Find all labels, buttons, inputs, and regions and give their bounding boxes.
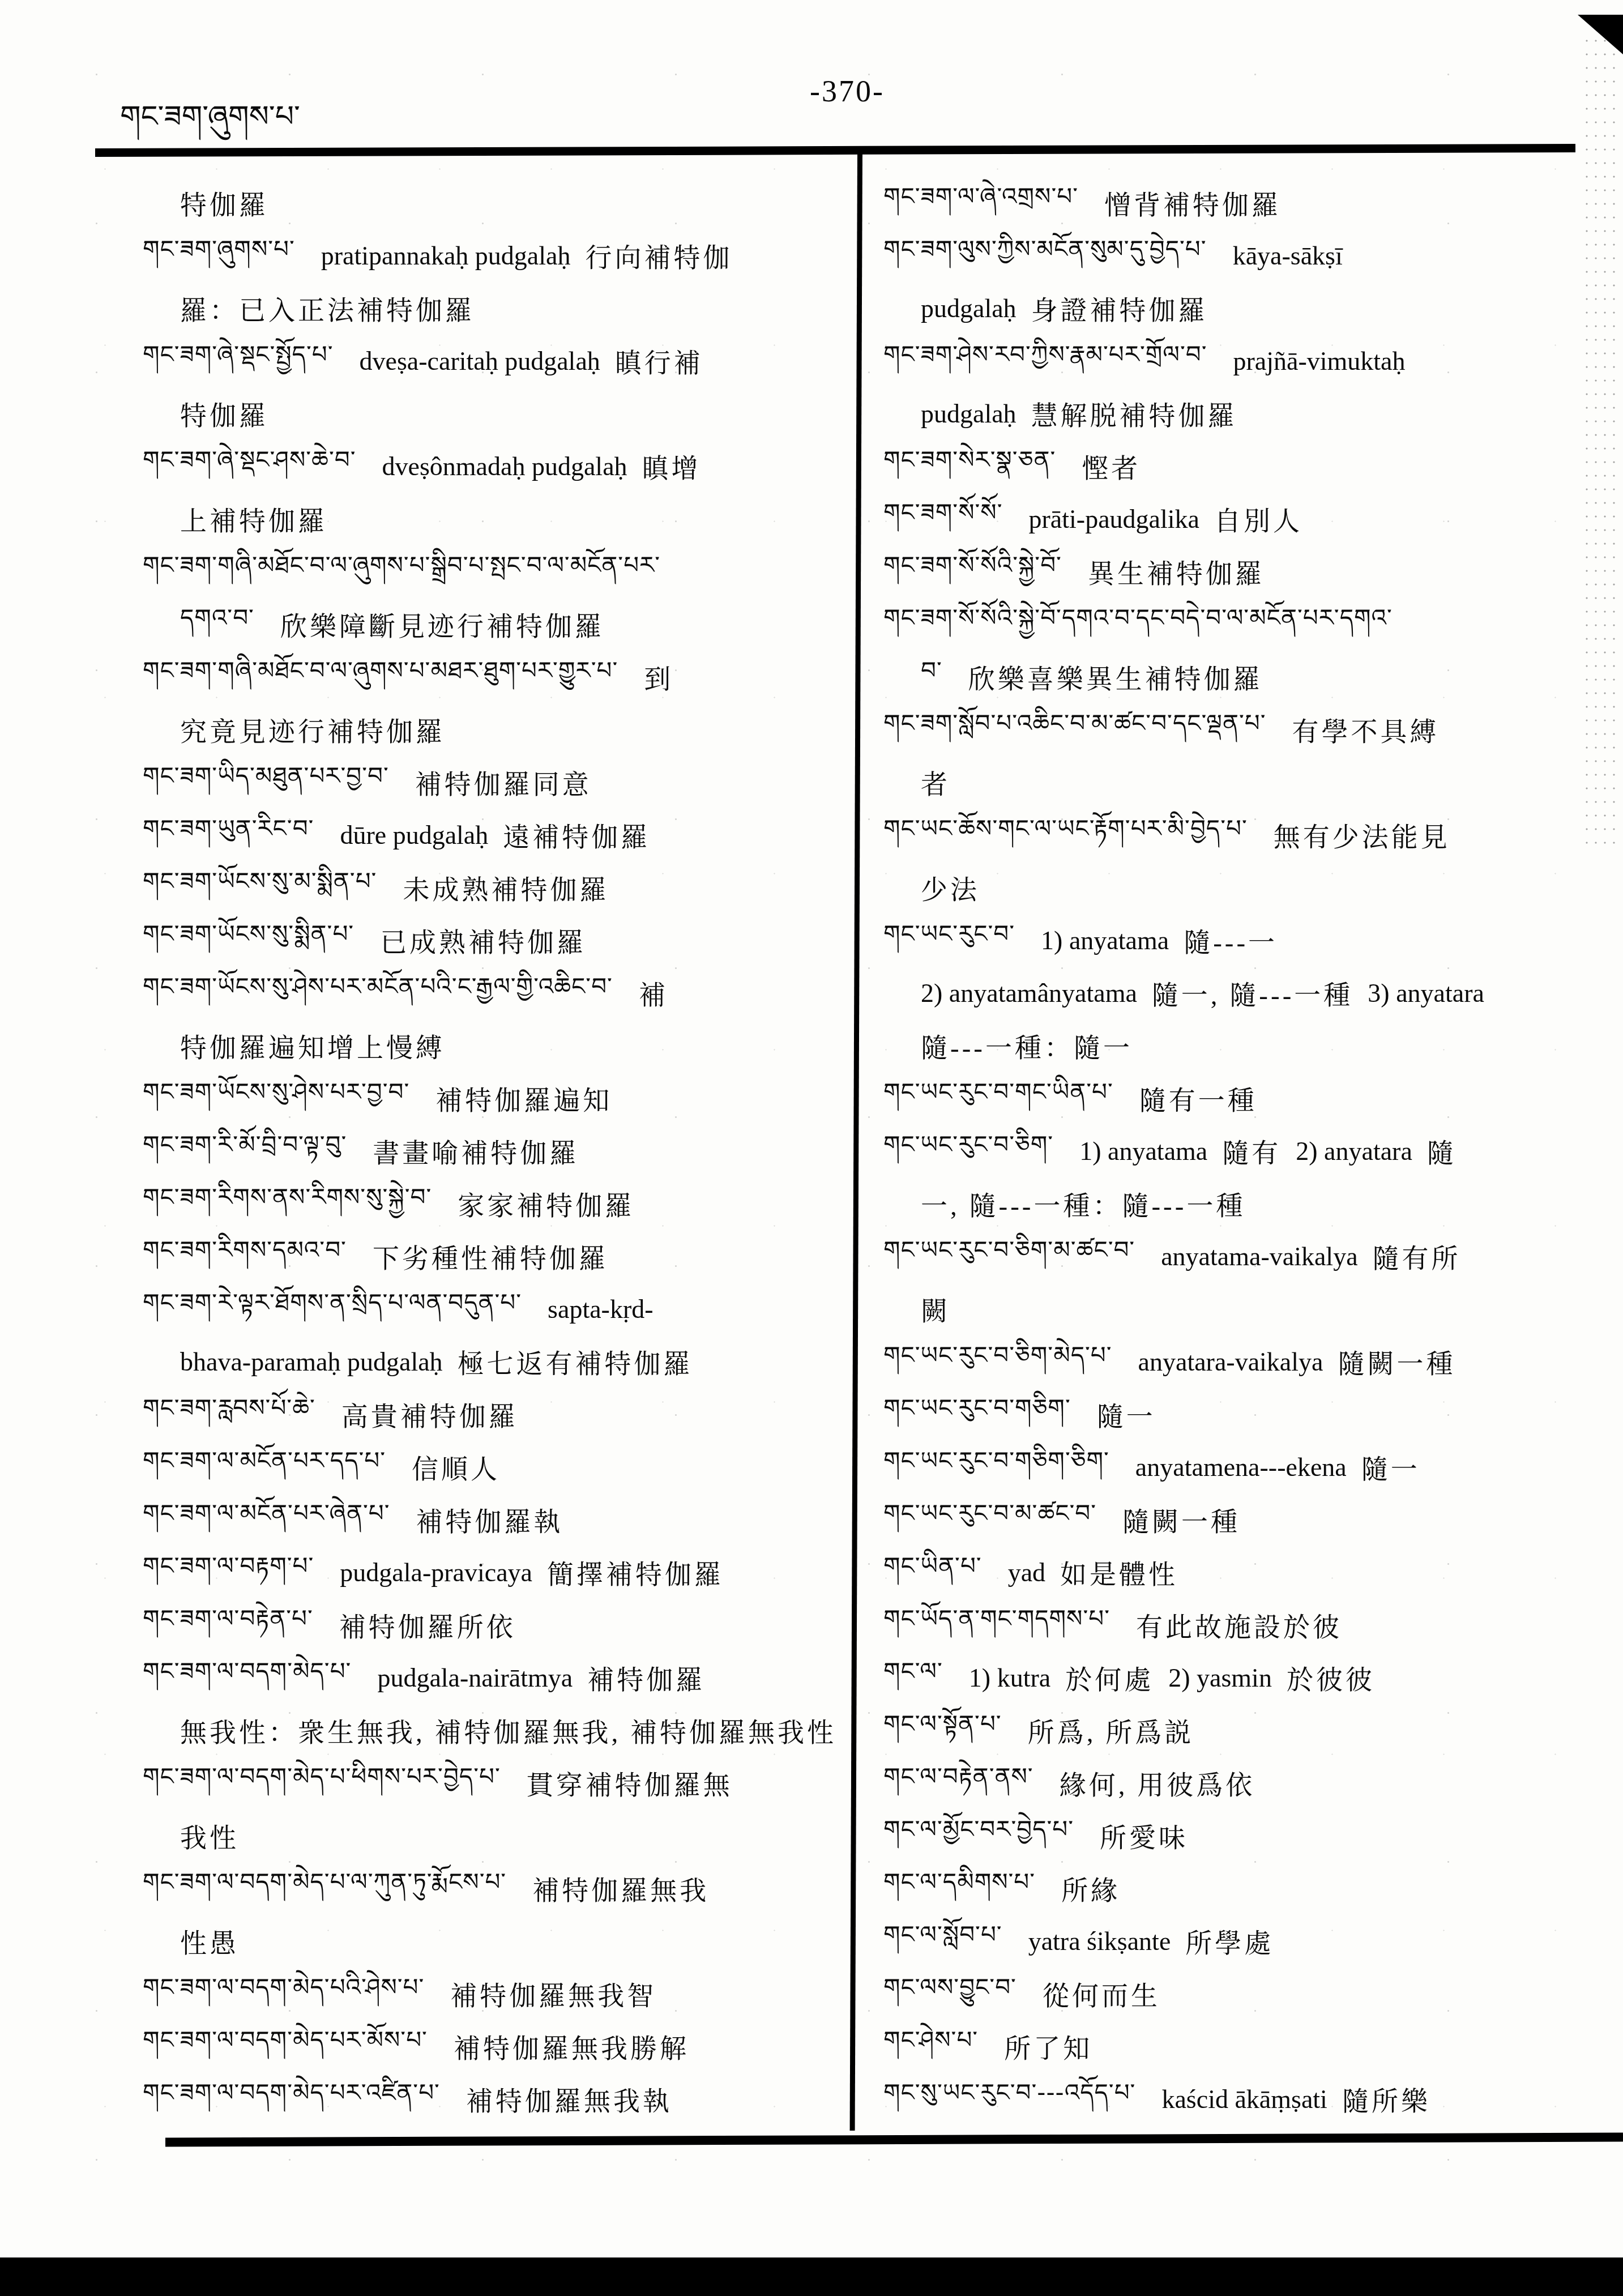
chinese-text: 隨有一種 <box>1139 1079 1257 1117</box>
chinese-text: 隨有所 <box>1373 1237 1461 1275</box>
tibetan-text: གང་ཡང་རུང་བ་ཅིག་ <box>883 1117 1053 1185</box>
entry-line: གང་ཟག་ཞེ་སྡང་སྤྱོད་པ་dveṣa-caritaḥ pudga… <box>143 335 852 387</box>
sanskrit-text: dveṣa-caritaḥ pudgalaḥ <box>360 346 600 376</box>
chinese-text: 特伽羅 <box>180 395 268 433</box>
chinese-text: 緣何, 用彼爲依 <box>1060 1764 1255 1802</box>
sanskrit-text: kāya-sākṣī <box>1233 241 1343 271</box>
entry-line: གང་ཡང་ཆོས་གང་ལ་ཡང་རྟོག་པར་མི་བྱེད་པ་無有少法… <box>883 809 1617 861</box>
chinese-text: 欣樂喜樂異生補特伽羅 <box>968 658 1263 696</box>
chinese-text: 簡擇補特伽羅 <box>547 1554 724 1591</box>
chinese-text: 所緣 <box>1061 1870 1120 1907</box>
sanskrit-text: bhava-paramaḥ pudgalaḥ <box>180 1347 443 1377</box>
chinese-text: 有學不具縛 <box>1292 711 1440 749</box>
chinese-text: 無我性：衆生無我, 補特伽羅無我, 補特伽羅無我性 <box>180 1712 836 1749</box>
chinese-text: 特伽羅 <box>180 184 268 222</box>
chinese-text: 身證補特伽羅 <box>1031 289 1208 327</box>
entry-line: གང་ལས་བྱུང་བ་從何而生 <box>883 1968 1617 2020</box>
chinese-text: 異生補特伽羅 <box>1088 553 1265 591</box>
chinese-text: 隨 <box>1427 1132 1457 1170</box>
tibetan-text: གང་ཟག་ཡོངས་སུ་ཤེས་པར་མངོན་པའི་ང་རྒྱལ་གྱི… <box>143 959 613 1027</box>
entry-line: གང་སུ་ཡང་རུང་བ་---འདོད་པ་kaścid ākāṃṣati… <box>883 2073 1617 2126</box>
dictionary-page: གང་ཟག་ཞུགས་པ་ -370- 特伽羅གང་ཟག་ཞུགས་པ་prat… <box>0 0 1623 2296</box>
chinese-text: 無有少法能見 <box>1274 816 1450 854</box>
chinese-text: 補 <box>639 974 668 1012</box>
entry-line: གང་ཡང་རུང་བ་1) anyatama隨---一 <box>883 914 1617 967</box>
chinese-text: 一, 隨---一種：隨---一種 <box>921 1185 1245 1223</box>
chinese-text: 瞋增 <box>642 447 701 485</box>
chinese-text: 瞋行補 <box>615 342 703 380</box>
scan-edge-noise <box>1582 34 1615 850</box>
sanskrit-text: yatra śikṣante <box>1028 1926 1171 1956</box>
chinese-text: 補特伽羅無我 <box>532 1870 709 1907</box>
entry-line: གང་ཟག་ལ་བདག་མེད་པ་pudgala-nairātmya補特伽羅 <box>143 1651 852 1704</box>
chinese-text: 性愚 <box>180 1922 239 1960</box>
tibetan-text: གང་ཟག་ལ་བདག་མེད་པ་ལ་ཀུན་ཏུ་རྨོངས་པ་ <box>143 1855 506 1922</box>
chinese-text: 隨有 <box>1222 1132 1281 1170</box>
chinese-text: 下劣種性補特伽羅 <box>373 1237 608 1275</box>
sanskrit-text: 3) anyatara <box>1368 978 1484 1008</box>
chinese-text: 補特伽羅 <box>587 1659 705 1697</box>
chinese-text: 如是體性 <box>1060 1554 1178 1591</box>
sanskrit-text: 2) anyatara <box>1296 1136 1412 1166</box>
entry-line: གང་ཟག་ཞེ་སྡང་ཤས་ཆེ་བ་dveṣônmadaḥ pudgala… <box>143 440 852 493</box>
chinese-text: 羅：已入正法補特伽羅 <box>180 289 475 327</box>
entry-line: གང་ཟག་སློབ་པ་འཆིང་བ་མ་ཚང་བ་དང་ལྡན་པ་有學不具… <box>883 703 1617 756</box>
tibetan-text: གང་ཡང་རུང་བ་ <box>883 907 1015 974</box>
chinese-text: 慧解脱補特伽羅 <box>1031 395 1237 433</box>
tibetan-text: གང་ཡང་རུང་བ་ཅིག་མ་ཚང་བ་ <box>883 1223 1135 1290</box>
entry-line: གང་ཟག་ཞུགས་པ་pratipannakaḥ pudgalaḥ行向補特伽 <box>143 229 852 282</box>
chinese-text: 闕 <box>921 1290 950 1328</box>
tibetan-text: གང་ཟག་ལ་བདག་མེད་པ་ <box>143 1644 351 1712</box>
chinese-text: 於何處 <box>1065 1659 1154 1697</box>
chinese-text: 補特伽羅遍知 <box>435 1079 612 1117</box>
chinese-text: 者 <box>921 763 950 801</box>
chinese-text: 憎背補特伽羅 <box>1104 184 1281 222</box>
chinese-text: 從何而生 <box>1043 1975 1160 2013</box>
chinese-text: 補特伽羅無我勝解 <box>454 2028 689 2065</box>
entry-line: གང་ཟག་རེ་ལྟར་ཐོགས་ན་སྲིད་པ་ལན་བདུན་པ་sap… <box>143 1283 852 1335</box>
right-column: གང་ཟག་ལ་ཞེ་འགྲས་པ་憎背補特伽羅གང་ཟག་ལུས་ཀྱིས་མ… <box>883 177 1617 2126</box>
chinese-text: 上補特伽羅 <box>180 500 327 538</box>
chinese-text: 補特伽羅同意 <box>415 763 592 801</box>
header-rule <box>95 144 1575 157</box>
tibetan-text: གང་ཟག་ལ་བདག་མེད་པར་འཛིན་པ་ <box>143 2065 440 2126</box>
chinese-text: 究竟見迹行補特伽羅 <box>180 711 445 749</box>
entry-line: གང་ཡང་རུང་བ་ཅིག་1) anyatama隨有2) anyatara… <box>883 1125 1617 1177</box>
sanskrit-text: dveṣônmadaḥ pudgalaḥ <box>382 451 627 481</box>
entry-line: གང་ཟག་ལ་བདག་མེད་པ་ཕིགས་པར་བྱེད་པ་貫穿補特伽羅無 <box>143 1757 852 1810</box>
tibetan-text: གང་ཟག་ཞུགས་པ་ <box>143 222 295 289</box>
chinese-text: 極七返有補特伽羅 <box>458 1343 693 1381</box>
chinese-text: 隨一 <box>1361 1448 1420 1486</box>
tibetan-text: གང་ཟག་སློབ་པ་འཆིང་བ་མ་ཚང་བ་དང་ལྡན་པ་ <box>883 696 1266 763</box>
chinese-text: 補特伽羅無我執 <box>466 2080 672 2118</box>
chinese-text: 少法 <box>921 869 980 907</box>
sanskrit-text: 1) kutra <box>969 1663 1050 1693</box>
entry-line: གང་ཟག་ཤེས་རབ་ཀྱིས་རྣམ་པར་གྲོལ་བ་prajñā-v… <box>883 335 1617 387</box>
entry-line: གང་ཟག་གཞི་མཐོང་བ་ལ་ཞུགས་པ་མཐར་ཐུག་པར་གྱུ… <box>143 651 852 703</box>
chinese-text: 特伽羅遍知增上慢縛 <box>180 1027 445 1065</box>
chinese-text: 高貴補特伽羅 <box>341 1395 518 1433</box>
sanskrit-text: pudgala-pravicaya <box>340 1557 532 1587</box>
chinese-text: 補特伽羅無我智 <box>450 1975 656 2013</box>
chinese-text: 所了知 <box>1004 2028 1092 2065</box>
sanskrit-text: 2) yasmin <box>1168 1663 1272 1693</box>
entry-line: གང་ཡོད་ན་གང་གདགས་པ་有此故施設於彼 <box>883 1599 1617 1651</box>
chinese-text: 所愛味 <box>1100 1817 1188 1855</box>
sanskrit-text: prāti-paudgalika <box>1029 504 1199 534</box>
scan-edge-bottom <box>0 2257 1623 2296</box>
chinese-text: 行向補特伽 <box>585 237 732 275</box>
tibetan-text: གང་ཟག་སོ་སོའི་སྐྱེ་བོ་དགའ་བ་དང་བདེ་བ་ལ་མ… <box>883 591 1393 658</box>
page-number: -370- <box>810 74 885 109</box>
chinese-text: 我性 <box>180 1817 239 1855</box>
chinese-text: 家家補特伽羅 <box>458 1185 634 1223</box>
chinese-text: 隨---一 <box>1184 921 1278 959</box>
chinese-text: 慳者 <box>1082 447 1141 485</box>
entry-line: གང་ཟག་ལ་བདག་མེད་པར་འཛིན་པ་補特伽羅無我執 <box>143 2073 852 2126</box>
tibetan-text: གང་ཟག་ཞེ་སྡང་སྤྱོད་པ་ <box>143 327 334 395</box>
entry-line: 2) anyatamânyatama隨一, 隨---一種3) anyatara <box>883 967 1617 1019</box>
chinese-text: 有此故施設於彼 <box>1136 1606 1342 1644</box>
chinese-text: 到 <box>644 658 673 696</box>
chinese-text: 所爲, 所爲説 <box>1028 1712 1194 1749</box>
chinese-text: 隨一, 隨---一種 <box>1152 974 1353 1012</box>
entry-line: གང་ཟག་ལ་བདག་མེད་པ་ལ་ཀུན་ཏུ་རྨོངས་པ་補特伽羅無… <box>143 1862 852 1915</box>
sanskrit-text: 1) anyatama <box>1079 1136 1207 1166</box>
sanskrit-text: sapta-kṛd- <box>548 1294 653 1324</box>
chinese-text: 隨闕一種 <box>1338 1343 1455 1381</box>
sanskrit-text: pudgalaḥ <box>921 293 1016 323</box>
entry-line: གང་ཟག་ལུས་ཀྱིས་མངོན་སུམ་དུ་བྱེད་པ་kāya-s… <box>883 229 1617 282</box>
chinese-text: 補特伽羅所依 <box>339 1606 516 1644</box>
chinese-text: 補特伽羅執 <box>416 1501 563 1539</box>
tibetan-text: གང་ཟག་ཞེ་སྡང་ཤས་ཆེ་བ་ <box>143 433 356 500</box>
tibetan-text: གང་ཟག་ལ་བདག་མེད་པ་ཕིགས་པར་བྱེད་པ་ <box>143 1749 501 1817</box>
sanskrit-text: pudgala-nairātmya <box>377 1663 573 1693</box>
chinese-text: 自別人 <box>1214 500 1302 538</box>
chinese-text: 所學處 <box>1185 1922 1274 1960</box>
entry-line: གང་ཟག་ཡོངས་སུ་ཤེས་པར་མངོན་པའི་ང་རྒྱལ་གྱི… <box>143 967 852 1019</box>
entry-line: གང་ཟག་སོ་སོའི་སྐྱེ་བོ་དགའ་བ་དང་བདེ་བ་ལ་མ… <box>883 598 1617 651</box>
sanskrit-text: pratipannakaḥ pudgalaḥ <box>321 241 571 271</box>
entry-line: གང་ཡང་རུང་བ་མ་ཚང་བ་隨闕一種 <box>883 1493 1617 1546</box>
chinese-text: 未成熟補特伽羅 <box>403 869 609 907</box>
sanskrit-text: anyatamena---ekena <box>1135 1452 1347 1482</box>
left-column: 特伽羅གང་ཟག་ཞུགས་པ་pratipannakaḥ pudgalaḥ行向… <box>143 177 852 2126</box>
sanskrit-text: yad <box>1008 1557 1045 1587</box>
chinese-text: 隨所樂 <box>1342 2080 1430 2118</box>
chinese-text: 遠補特伽羅 <box>503 816 650 854</box>
sanskrit-text: kaścid ākāṃṣati <box>1161 2084 1327 2114</box>
sanskrit-text: pudgalaḥ <box>921 399 1016 429</box>
chinese-text: 於彼彼 <box>1287 1659 1375 1697</box>
chinese-text: 貫穿補特伽羅無 <box>527 1764 733 1802</box>
chinese-text: 信順人 <box>412 1448 500 1486</box>
sanskrit-text: anyatama-vaikalya <box>1161 1241 1357 1271</box>
tibetan-text: གང་ཟག་ལུས་ཀྱིས་མངོན་སུམ་དུ་བྱེད་པ་ <box>883 222 1207 289</box>
sanskrit-text: prajñā-vimuktaḥ <box>1233 346 1406 376</box>
sanskrit-text: 2) anyatamânyatama <box>921 978 1137 1008</box>
chinese-text: 已成熟補特伽羅 <box>380 921 586 959</box>
sanskrit-text: anyatara-vaikalya <box>1138 1347 1323 1377</box>
chinese-text: 欣樂障斷見迹行補特伽羅 <box>280 605 604 643</box>
tibetan-text: གང་སུ་ཡང་རུང་བ་---འདོད་པ་ <box>883 2065 1135 2126</box>
tibetan-text: གང་ཟག་གཞི་མཐོང་བ་ལ་ཞུགས་པ་མཐར་ཐུག་པར་གྱུ… <box>143 643 618 711</box>
entry-line: གང་ཡང་རུང་བ་ཅིག་མ་ཚང་བ་anyatama-vaikalya… <box>883 1230 1617 1283</box>
sanskrit-text: 1) anyatama <box>1041 925 1169 955</box>
tibetan-text: གང་ཡང་ཆོས་གང་ལ་ཡང་རྟོག་པར་མི་བྱེད་པ་ <box>883 801 1248 869</box>
bottom-rule <box>165 2133 1623 2147</box>
sanskrit-text: dūre pudgalaḥ <box>340 820 488 850</box>
chinese-text: 隨一 <box>1097 1395 1156 1433</box>
chinese-text: 書畫喻補特伽羅 <box>373 1132 579 1170</box>
tibetan-text: གང་ཟག་ཤེས་རབ་ཀྱིས་རྣམ་པར་གྲོལ་བ་ <box>883 327 1207 395</box>
tibetan-text: གང་ཟག་རེ་ལྟར་ཐོགས་ན་སྲིད་པ་ལན་བདུན་པ་ <box>143 1275 522 1343</box>
chinese-text: 隨---一種：隨一 <box>921 1027 1133 1065</box>
chinese-text: 隨闕一種 <box>1122 1501 1240 1539</box>
